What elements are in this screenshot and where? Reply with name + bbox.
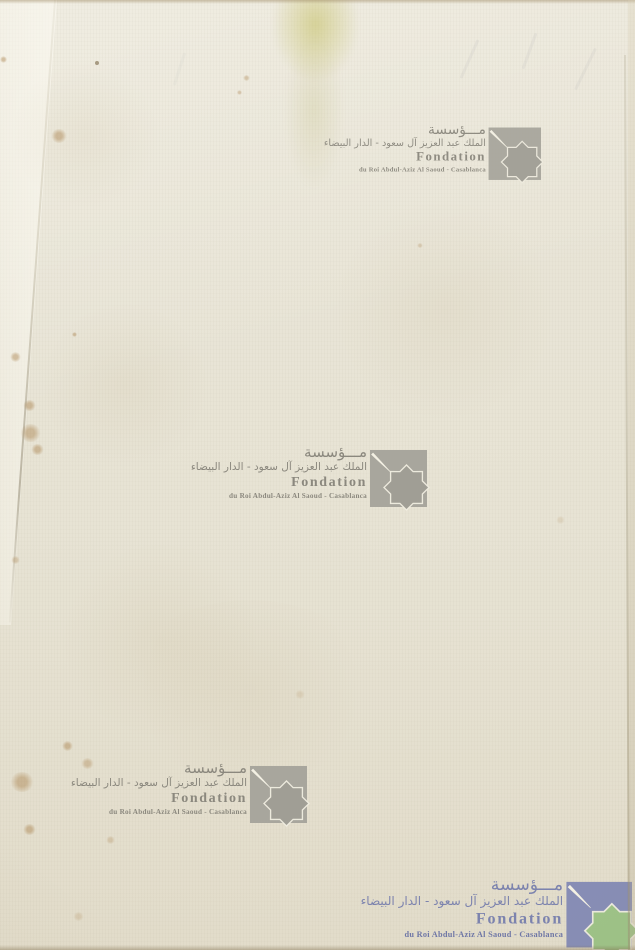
stamp-arabic-title: مـــؤسسة [360,875,563,893]
stamp-text-block: مـــؤسسة الملك عبد العزيز آل سعود - الدا… [360,875,563,941]
stamp-arabic-subtitle: الملك عبد العزيز آل سعود - الدار البيضاء [71,776,247,790]
stamp-latin-subtitle: du Roi Abdul-Aziz Al Saoud - Casablanca [191,491,367,501]
stamp-arabic-title: مـــؤسسة [71,760,247,776]
scanned-page: مـــؤسسة الملك عبد العزيز آل سعود - الدا… [0,0,635,950]
foxing-spot [417,243,423,248]
stamp-latin-subtitle: du Roi Abdul-Aziz Al Saoud - Casablanca [71,807,247,817]
foundation-stamp-color: مـــؤسسة الملك عبد العزيز آل سعود - الدا… [360,875,632,947]
page-edge-right [624,55,630,950]
show-through-mark [460,39,480,79]
foundation-stamp-gray-bottom: مـــؤسسة الملك عبد العزيز آل سعود - الدا… [71,760,307,823]
foxing-spot [23,824,36,835]
foxing-spot [51,129,67,143]
foxing-spot [23,400,36,411]
stamp-arabic-title: مـــؤسسة [191,444,367,460]
foundation-logo [489,128,541,180]
foxing-spot [295,690,305,699]
stamp-latin-title: Fondation [71,790,247,807]
show-through-mark [574,48,597,91]
stamp-latin-title: Fondation [360,910,563,930]
foxing-spot [10,352,21,362]
fold-crease [0,0,60,625]
eight-point-star-icon [585,904,635,950]
stamp-arabic-subtitle: الملك عبد العزيز آل سعود - الدار البيضاء [360,893,563,909]
foundation-logo [566,882,632,948]
stamp-latin-subtitle: du Roi Abdul-Aziz Al Saoud - Casablanca [360,929,563,941]
stamp-arabic-title: مـــؤسسة [324,122,486,137]
foxing-spot [72,332,77,337]
stamp-text-block: مـــؤسسة الملك عبد العزيز آل سعود - الدا… [191,444,367,501]
foxing-spot [73,912,84,921]
foxing-spot [62,741,73,751]
yellow-stain [268,0,363,87]
eight-point-star-icon [264,781,309,826]
foundation-logo [370,450,427,507]
page-edge-right-strip [628,0,635,950]
stamp-text-block: مـــؤسسة الملك عبد العزيز آل سعود - الدا… [324,122,486,174]
show-through-mark [173,52,186,85]
eight-point-star-icon [384,465,429,510]
stamp-latin-title: Fondation [191,474,367,491]
foundation-logo [250,766,307,823]
foxing-spot [0,56,7,63]
foxing-spot [20,424,41,442]
show-through-mark [522,33,538,70]
stamp-latin-subtitle: du Roi Abdul-Aziz Al Saoud - Casablanca [324,165,486,174]
paper-blotch [10,60,160,210]
stamp-text-block: مـــؤسسة الملك عبد العزيز آل سعود - الدا… [71,760,247,817]
page-edge-top [0,0,635,4]
stamp-arabic-subtitle: الملك عبد العزيز آل سعود - الدار البيضاء [324,137,486,150]
foxing-spot [95,61,99,65]
foxing-spot [106,836,115,844]
paper-blotch [60,540,260,740]
foxing-spot [11,556,20,564]
fold-crease-line [9,0,56,623]
foxing-spot [10,772,34,792]
foxing-spot [31,444,44,455]
stamp-arabic-subtitle: الملك عبد العزيز آل سعود - الدار البيضاء [191,460,367,474]
paper-blotch [40,300,210,470]
paper-blotch [330,200,560,420]
foundation-stamp-gray-top: مـــؤسسة الملك عبد العزيز آل سعود - الدا… [324,122,541,180]
foxing-spot [556,516,565,524]
foxing-spot [243,75,250,81]
foxing-spot [237,90,242,95]
paper-blotch [120,600,380,780]
eight-point-star-icon [501,141,542,182]
foundation-stamp-gray-middle: مـــؤسسة الملك عبد العزيز آل سعود - الدا… [191,444,427,507]
stamp-latin-title: Fondation [324,150,486,166]
